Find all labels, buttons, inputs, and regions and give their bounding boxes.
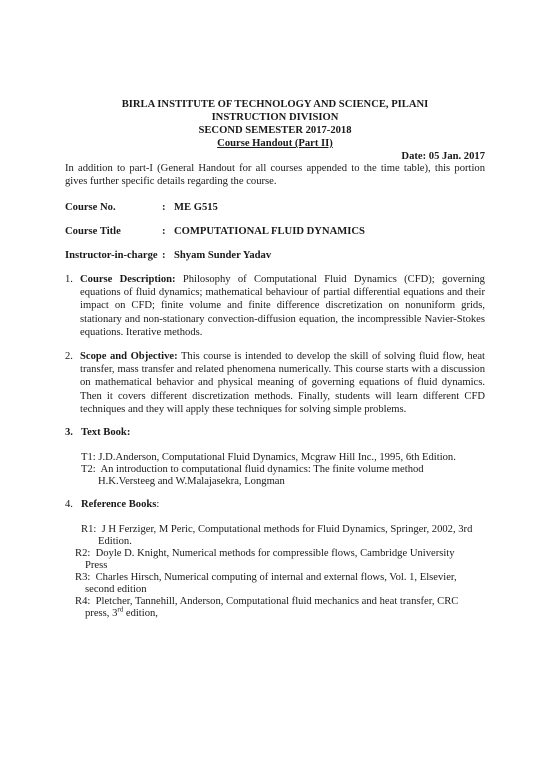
instructor-label: Instructor-in-charge [65, 249, 158, 262]
reference-r2-text: Doyle D. Knight, Numerical methods for c… [96, 548, 455, 559]
reference-r4-line2: press, 3rd edition, [85, 607, 158, 620]
textbook-t1-text: J.D.Anderson, Computational Fluid Dynami… [98, 452, 456, 463]
course-title-label: Course Title [65, 225, 121, 238]
reference-r3-id: R3: [75, 572, 90, 583]
textbook-t2-line2: H.K.Versteeg and W.Malajasekra, Longman [98, 475, 285, 488]
section-3-heading: Text Book: [81, 426, 130, 439]
institute-name: BIRLA INSTITUTE OF TECHNOLOGY AND SCIENC… [65, 98, 485, 111]
section-2-heading: Scope and Objective: [80, 351, 178, 362]
reference-r2: R2: Doyle D. Knight, Numerical methods f… [75, 547, 505, 560]
textbook-t2-text: An introduction to computational fluid d… [100, 464, 423, 475]
division-name: INSTRUCTION DIVISION [65, 111, 485, 124]
reference-r1-id: R1: [81, 524, 96, 535]
section-1-heading: Course Description: [80, 274, 176, 285]
section-1-body: Course Description: Philosophy of Comput… [80, 273, 485, 339]
course-no-value: ME G515 [174, 201, 218, 214]
section-2-body: Scope and Objective: This course is inte… [80, 350, 485, 416]
semester-label: SECOND SEMESTER 2017-2018 [65, 124, 485, 137]
reference-r4-text: Pletcher, Tannehill, Anderson, Computati… [96, 596, 459, 607]
reference-r4-line2-prefix: press, 3 [85, 608, 117, 619]
instructor-colon: : [162, 249, 166, 262]
intro-paragraph: In addition to part-I (General Handout f… [65, 162, 485, 188]
reference-r2-id: R2: [75, 548, 90, 559]
reference-r4-id: R4: [75, 596, 90, 607]
section-4-number: 4. [65, 498, 73, 511]
course-no-label: Course No. [65, 201, 116, 214]
instructor-value: Shyam Sunder Yadav [174, 249, 271, 262]
section-4-heading-suffix: : [156, 499, 159, 510]
section-3-number: 3. [65, 426, 73, 439]
course-title-value: COMPUTATIONAL FLUID DYNAMICS [174, 225, 365, 238]
course-title-colon: : [162, 225, 166, 238]
reference-r4-line2-suffix: edition, [123, 608, 158, 619]
section-4-heading: Reference Books [81, 499, 156, 510]
course-no-colon: : [162, 201, 166, 214]
section-2-number: 2. [65, 350, 73, 363]
reference-r3-text: Charles Hirsch, Numerical computing of i… [96, 572, 457, 583]
handout-title-text: Course Handout (Part II) [217, 138, 333, 149]
reference-r1: R1: J H Ferziger, M Peric, Computational… [81, 523, 511, 536]
textbook-t1-id: T1: [81, 452, 96, 463]
textbook-t2-id: T2: [81, 464, 96, 475]
section-1-number: 1. [65, 273, 73, 286]
reference-r1-text: J H Ferziger, M Peric, Computational met… [102, 524, 473, 535]
handout-page: BIRLA INSTITUTE OF TECHNOLOGY AND SCIENC… [0, 0, 550, 777]
handout-title: Course Handout (Part II) [65, 137, 485, 150]
section-4-heading-wrap: Reference Books: [81, 498, 159, 511]
